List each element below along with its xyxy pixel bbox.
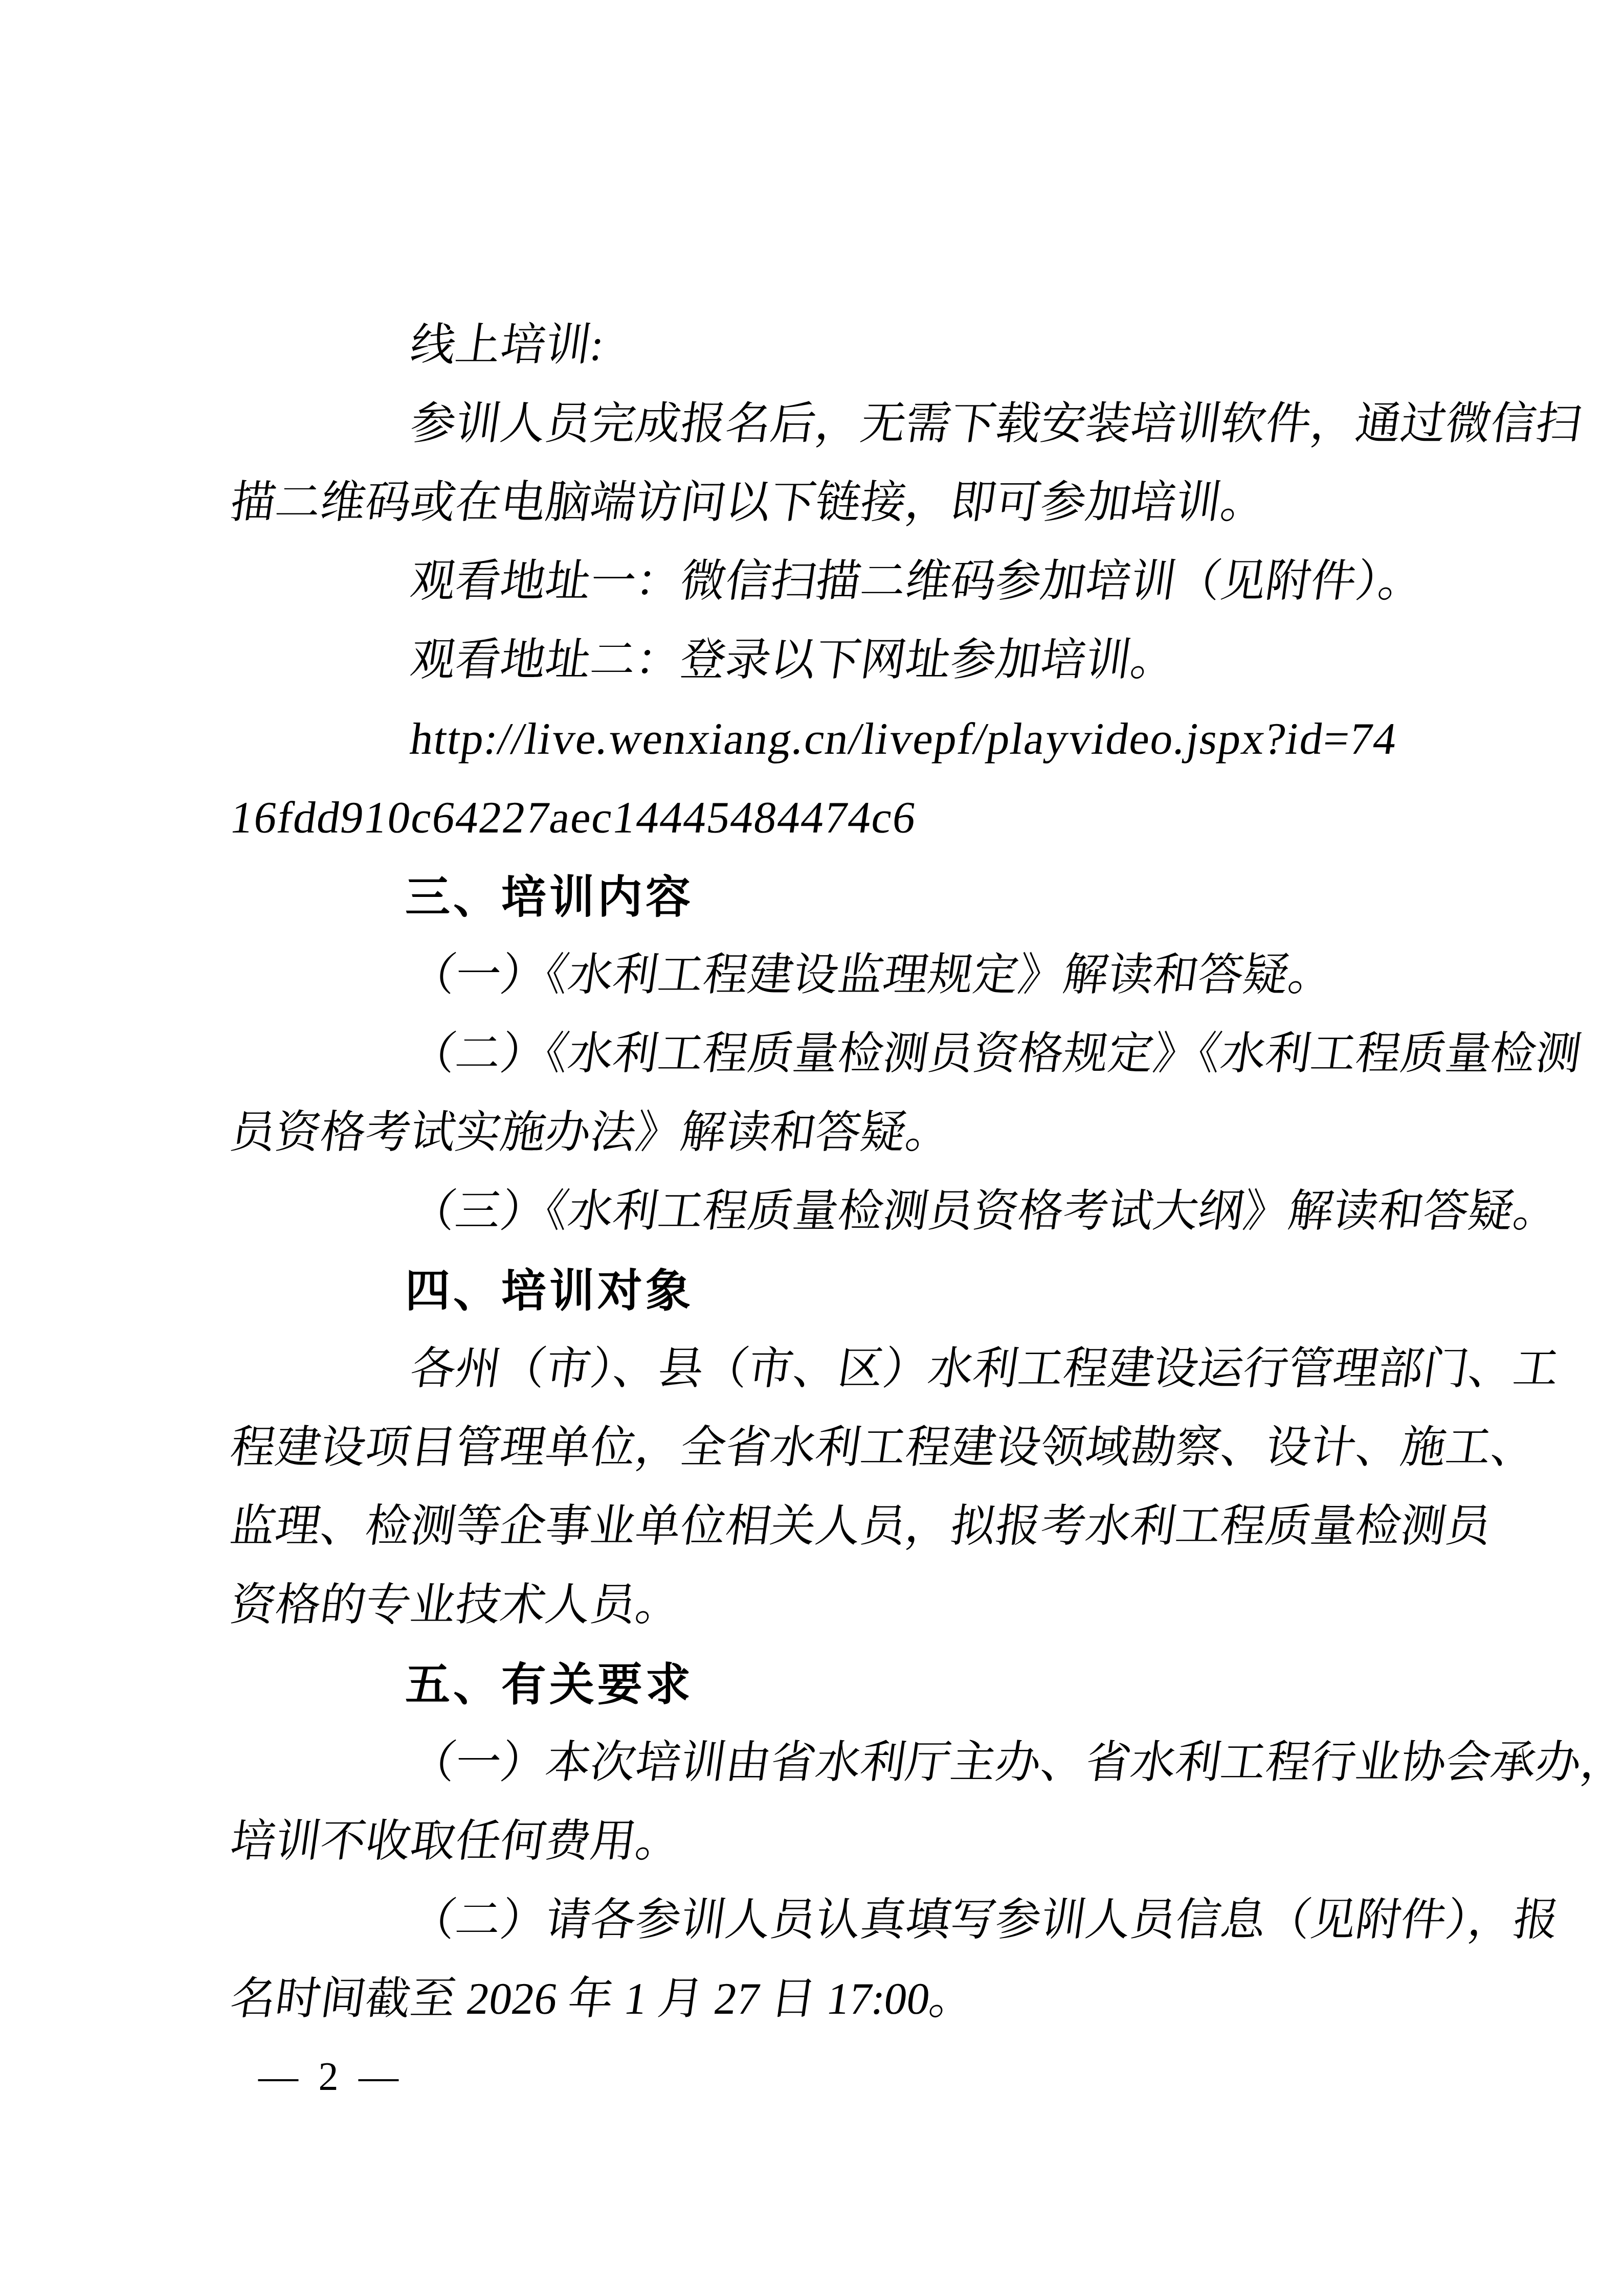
line-text: http://live.wenxiang.cn/livepf/playvideo… [315,700,1403,779]
line-text: 员资格考试实施办法》解读和答疑。 [225,1094,956,1173]
line-watch-address-1: 观看地址一：微信扫描二维码参加培训（见附件）。 [225,543,1463,621]
heading-requirements: 五、有关要求 [225,1645,1463,1724]
line-text: 名时间截至 2026 年 1 月 27 日 17:00。 [225,1960,980,2039]
heading-training-content: 三、培训内容 [225,858,1463,936]
line-content-item-3: （三）《水利工程质量检测员资格考试大纲》解读和答疑。 [225,1173,1463,1251]
line-audience-4: 资格的专业技术人员。 [225,1566,1463,1645]
line-requirement-1b: 培训不收取任何费用。 [225,1803,1463,1881]
line-text: （一）《水利工程建设监理规定》解读和答疑。 [315,936,1339,1015]
line-text: 监理、检测等企事业单位相关人员，拟报考水利工程质量检测员 [225,1488,1497,1566]
line-watch-address-2: 观看地址二：登录以下网址参加培训。 [225,621,1463,700]
line-text: 程建设项目管理单位，全省水利工程建设领域勘察、设计、施工、 [225,1409,1542,1488]
line-text: 观看地址二：登录以下网址参加培训。 [315,621,1182,700]
line-text: 资格的专业技术人员。 [225,1566,686,1645]
line-text: （一）本次培训由省水利厅主办、省水利工程行业协会承办， [315,1724,1624,1803]
line-audience-2: 程建设项目管理单位，全省水利工程建设领域勘察、设计、施工、 [225,1409,1463,1488]
line-text: （二）请各参训人员认真填写参训人员信息（见附件），报 [315,1881,1564,1960]
document-page: 线上培训: 参训人员完成报名后，无需下载安装培训软件，通过微信扫 描二维码或在电… [0,0,1624,2296]
line-text: 观看地址一：微信扫描二维码参加培训（见附件）。 [315,543,1429,621]
line-online-training-label: 线上培训: [225,306,1463,385]
line-text: 16fdd910c64227aec14445484474c6 [225,779,922,858]
line-text: 各州（市）、县（市、区）水利工程建设运行管理部门、工 [315,1330,1564,1409]
line-paragraph-signup-2: 描二维码或在电脑端访问以下链接，即可参加培训。 [225,464,1463,543]
line-text: 线上培训: [315,306,609,385]
heading-text: 三、培训内容 [315,858,694,936]
heading-text: 四、培训对象 [315,1251,694,1330]
document-text-block: 线上培训: 参训人员完成报名后，无需下载安装培训软件，通过微信扫 描二维码或在电… [225,306,1463,2039]
line-content-item-2a: （二）《水利工程质量检测员资格规定》《水利工程质量检测 [225,1015,1463,1094]
heading-text: 五、有关要求 [315,1645,694,1724]
line-audience-3: 监理、检测等企事业单位相关人员，拟报考水利工程质量检测员 [225,1488,1463,1566]
heading-training-audience: 四、培训对象 [225,1251,1463,1330]
line-requirement-2a: （二）请各参训人员认真填写参训人员信息（见附件），报 [225,1881,1463,1960]
line-content-item-1: （一）《水利工程建设监理规定》解读和答疑。 [225,936,1463,1015]
line-text: （二）《水利工程质量检测员资格规定》《水利工程质量检测 [315,1015,1587,1094]
line-training-url-part-1: http://live.wenxiang.cn/livepf/playvideo… [225,700,1463,779]
line-paragraph-signup-1: 参训人员完成报名后，无需下载安装培训软件，通过微信扫 [225,385,1463,464]
line-requirement-2b: 名时间截至 2026 年 1 月 27 日 17:00。 [225,1960,1463,2039]
line-training-url-part-2: 16fdd910c64227aec14445484474c6 [225,779,1463,858]
line-requirement-1a: （一）本次培训由省水利厅主办、省水利工程行业协会承办， [225,1724,1463,1803]
page-number: — 2 — [258,2051,404,2102]
line-text: 描二维码或在电脑端访问以下链接，即可参加培训。 [225,464,1272,543]
line-text: （三）《水利工程质量检测员资格考试大纲》解读和答疑。 [315,1173,1564,1251]
line-content-item-2b: 员资格考试实施办法》解读和答疑。 [225,1094,1463,1173]
line-audience-1: 各州（市）、县（市、区）水利工程建设运行管理部门、工 [225,1330,1463,1409]
line-text: 培训不收取任何费用。 [225,1803,686,1881]
line-text: 参训人员完成报名后，无需下载安装培训软件，通过微信扫 [315,385,1587,464]
